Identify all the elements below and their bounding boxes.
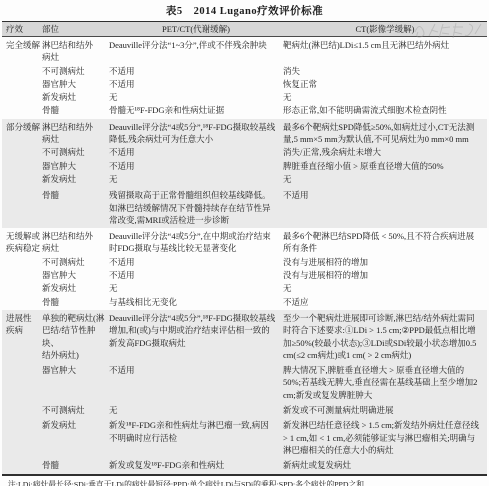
site-cell: 器官肿大 (42, 78, 109, 90)
pet-cell: 残留摄取高于正常骨髓组织但较基线降低。如淋巴结缓解情况下骨髓持续存在结节性异常改… (109, 189, 283, 226)
section-0: 完全缓解淋巴结和结外 病灶Deauville评分法“1~3分”,伴或不伴残余肿块… (2, 37, 487, 119)
ct-cell: 形态正常,如不能明确需流式细胞术检查阴性 (283, 104, 487, 116)
site-cell: 器官肿大 (42, 269, 109, 281)
pet-cell: 不适用 (109, 256, 283, 268)
table-row: 淋巴结和结外 病灶Deauville评分法“4或5分”,¹⁸F-FDG摄取较基线… (42, 121, 487, 146)
section-2: 无缓解或 疾病稳定淋巴结和结外 病灶Deauville评分法“4或5分”,在中期… (2, 228, 487, 310)
ct-cell: 脾大情况下,脾脏垂直径增大 > 原垂直径增大值的50%;若基线无脾大,垂直径需在… (283, 364, 487, 401)
table-row: 器官肿大不适用恢复正常 (42, 78, 487, 90)
section-3: 进展性 疾病单独的靶病灶(淋 巴结/结节性肿块、 结外病灶)Deauville评… (2, 310, 487, 474)
table-page: 表5 2014 Lugano疗效评价标准 疗效 部位 PET/CT(代谢缓解) … (2, 0, 487, 486)
section-rows: 淋巴结和结外 病灶Deauville评分法“4或5分”,¹⁸F-FDG摄取较基线… (42, 121, 487, 226)
ct-cell: 恢复正常 (283, 78, 487, 90)
table-row: 器官肿大不适用脾脏垂直径缩小值 > 原垂直径增大值的50% (42, 160, 487, 172)
ct-cell: 新发淋巴结任意径线 > 1.5 cm;新发结外病灶任意径线 > 1 cm,如 <… (283, 419, 487, 456)
pet-cell: 不适用 (109, 65, 283, 77)
table-footnote: 注:LDi:病灶最长径;SDi:垂直于LDi的病灶最短径;PPD:单个病灶LDi… (2, 476, 487, 486)
pet-cell: 不适用 (109, 364, 283, 401)
effect-label: 完全缓解 (2, 39, 42, 117)
effect-label: 进展性 疾病 (2, 312, 42, 472)
table-row: 新发病灶无无 (42, 173, 487, 185)
section-1: 部分缓解淋巴结和结外 病灶Deauville评分法“4或5分”,¹⁸F-FDG摄… (2, 119, 487, 228)
pet-cell: 新发或复发¹⁸F-FDG亲和性病灶 (109, 459, 283, 471)
table-row: 骨髓新发或复发¹⁸F-FDG亲和性病灶新病灶或复发病灶 (42, 459, 487, 471)
pet-cell: 无 (109, 282, 283, 294)
effect-label: 部分缓解 (2, 121, 42, 226)
site-cell: 新发病灶 (42, 419, 109, 456)
table-row: 新发病灶新发¹⁸F-FDG亲和性病灶与淋巴瘤一致,病因不明确时应行活检新发淋巴结… (42, 419, 487, 456)
site-cell: 骨髓 (42, 459, 109, 471)
table-row: 器官肿大不适用没有与进展相符的增加 (42, 269, 487, 281)
header-pet-ct: PET/CT(代谢缓解) (109, 22, 283, 36)
effect-label: 无缓解或 疾病稳定 (2, 230, 42, 308)
ct-cell: 没有与进展相符的增加 (283, 269, 487, 281)
header-effect: 疗效 (2, 22, 42, 36)
ct-cell: 没有与进展相符的增加 (283, 256, 487, 268)
section-rows: 淋巴结和结外 病灶Deauville评分法“1~3分”,伴或不伴残余肿块靶病灶(… (42, 39, 487, 117)
site-cell: 不可测病灶 (42, 146, 109, 158)
table-row: 骨髓骨髓无¹⁸F-FDG亲和性病灶证据形态正常,如不能明确需流式细胞术检查阴性 (42, 104, 487, 116)
table-row: 不可测病灶不适用消失 (42, 65, 487, 77)
site-cell: 新发病灶 (42, 173, 109, 185)
site-cell: 器官肿大 (42, 160, 109, 172)
pet-cell: 不适用 (109, 160, 283, 172)
site-cell: 不可测病灶 (42, 256, 109, 268)
pet-cell: 不适用 (109, 269, 283, 281)
ct-cell: 脾脏垂直径缩小值 > 原垂直径增大值的50% (283, 160, 487, 172)
ct-cell: 无 (283, 282, 487, 294)
ct-cell: 最多6个靶淋巴结SPD降低 < 50%,且不符合疾病进展所有条件 (283, 230, 487, 255)
ct-cell: 无 (283, 173, 487, 185)
ct-cell: 靶病灶(淋巴结)LDi≤1.5 cm且无淋巴结外病灶 (283, 39, 487, 64)
pet-cell: Deauville评分法“1~3分”,伴或不伴残余肿块 (109, 39, 283, 64)
header-site: 部位 (42, 22, 109, 36)
site-cell: 淋巴结和结外 病灶 (42, 39, 109, 64)
pet-cell: 新发¹⁸F-FDG亲和性病灶与淋巴瘤一致,病因不明确时应行活检 (109, 419, 283, 456)
table-row: 单独的靶病灶(淋 巴结/结节性肿块、 结外病灶)Deauville评分法“4或5… (42, 312, 487, 361)
ct-cell: 消失/正常,残余病灶未增大 (283, 146, 487, 158)
table-row: 不可测病灶不适用消失/正常,残余病灶未增大 (42, 146, 487, 158)
section-rows: 淋巴结和结外 病灶Deauville评分法“4或5分”,在中期或治疗结束时FDG… (42, 230, 487, 308)
pet-cell: Deauville评分法“4或5分”,¹⁸F-FDG摄取较基线降低,残余病灶可为… (109, 121, 283, 146)
table-row: 骨髓与基线相比无变化不适应 (42, 296, 487, 308)
table-row: 淋巴结和结外 病灶Deauville评分法“4或5分”,在中期或治疗结束时FDG… (42, 230, 487, 255)
site-cell: 单独的靶病灶(淋 巴结/结节性肿块、 结外病灶) (42, 312, 109, 361)
table-row: 新发病灶无无 (42, 91, 487, 103)
site-cell: 骨髓 (42, 104, 109, 116)
table-row: 不可测病灶无新发或不可测量病灶明确进展 (42, 404, 487, 416)
pet-cell: 无 (109, 91, 283, 103)
site-cell: 骨髓 (42, 189, 109, 226)
site-cell: 不可测病灶 (42, 65, 109, 77)
site-cell: 淋巴结和结外 病灶 (42, 230, 109, 255)
pet-cell: Deauville评分法“4或5分”,在中期或治疗结束时FDG摄取与基线比较无显… (109, 230, 283, 255)
site-cell: 淋巴结和结外 病灶 (42, 121, 109, 146)
ct-cell: 最多6个靶病灶SPD降低≥50%,如病灶过小,CT无法测量,5 mm×5 mm为… (283, 121, 487, 146)
pet-cell: 无 (109, 404, 283, 416)
ct-cell: 新发或不可测量病灶明确进展 (283, 404, 487, 416)
table-row: 器官肿大不适用脾大情况下,脾脏垂直径增大 > 原垂直径增大值的50%;若基线无脾… (42, 364, 487, 401)
header-ct: CT(影像学缓解) (283, 22, 487, 36)
table-row: 骨髓残留摄取高于正常骨髓组织但较基线降低。如淋巴结缓解情况下骨髓持续存在结节性异… (42, 189, 487, 226)
lugano-criteria-table: 疗效 部位 PET/CT(代谢缓解) CT(影像学缓解) 完全缓解淋巴结和结外 … (2, 21, 487, 476)
site-cell: 新发病灶 (42, 282, 109, 294)
pet-cell: 骨髓无¹⁸F-FDG亲和性病灶证据 (109, 104, 283, 116)
ct-cell: 无 (283, 91, 487, 103)
table-row: 不可测病灶不适用没有与进展相符的增加 (42, 256, 487, 268)
section-rows: 单独的靶病灶(淋 巴结/结节性肿块、 结外病灶)Deauville评分法“4或5… (42, 312, 487, 472)
pet-cell: 与基线相比无变化 (109, 296, 283, 308)
site-cell: 器官肿大 (42, 364, 109, 401)
ct-cell: 不适用 (283, 189, 487, 226)
pet-cell: 不适用 (109, 146, 283, 158)
site-cell: 不可测病灶 (42, 404, 109, 416)
ct-cell: 消失 (283, 65, 487, 77)
table-title: 表5 2014 Lugano疗效评价标准 (2, 0, 487, 21)
pet-cell: Deauville评分法“4或5分”,¹⁸F-FDG摄取较基线增加,和(或)与中… (109, 312, 283, 361)
table-row: 淋巴结和结外 病灶Deauville评分法“1~3分”,伴或不伴残余肿块靶病灶(… (42, 39, 487, 64)
site-cell: 骨髓 (42, 296, 109, 308)
ct-cell: 至少一个靶病灶进展即可诊断,淋巴结/结外病灶需同时符合下述要求:①LDi > 1… (283, 312, 487, 361)
pet-cell: 不适用 (109, 78, 283, 90)
ct-cell: 新病灶或复发病灶 (283, 459, 487, 471)
table-row: 新发病灶无无 (42, 282, 487, 294)
ct-cell: 不适应 (283, 296, 487, 308)
table-header-row: 疗效 部位 PET/CT(代谢缓解) CT(影像学缓解) (2, 21, 487, 37)
table-body: 完全缓解淋巴结和结外 病灶Deauville评分法“1~3分”,伴或不伴残余肿块… (2, 37, 487, 474)
pet-cell: 无 (109, 173, 283, 185)
site-cell: 新发病灶 (42, 91, 109, 103)
